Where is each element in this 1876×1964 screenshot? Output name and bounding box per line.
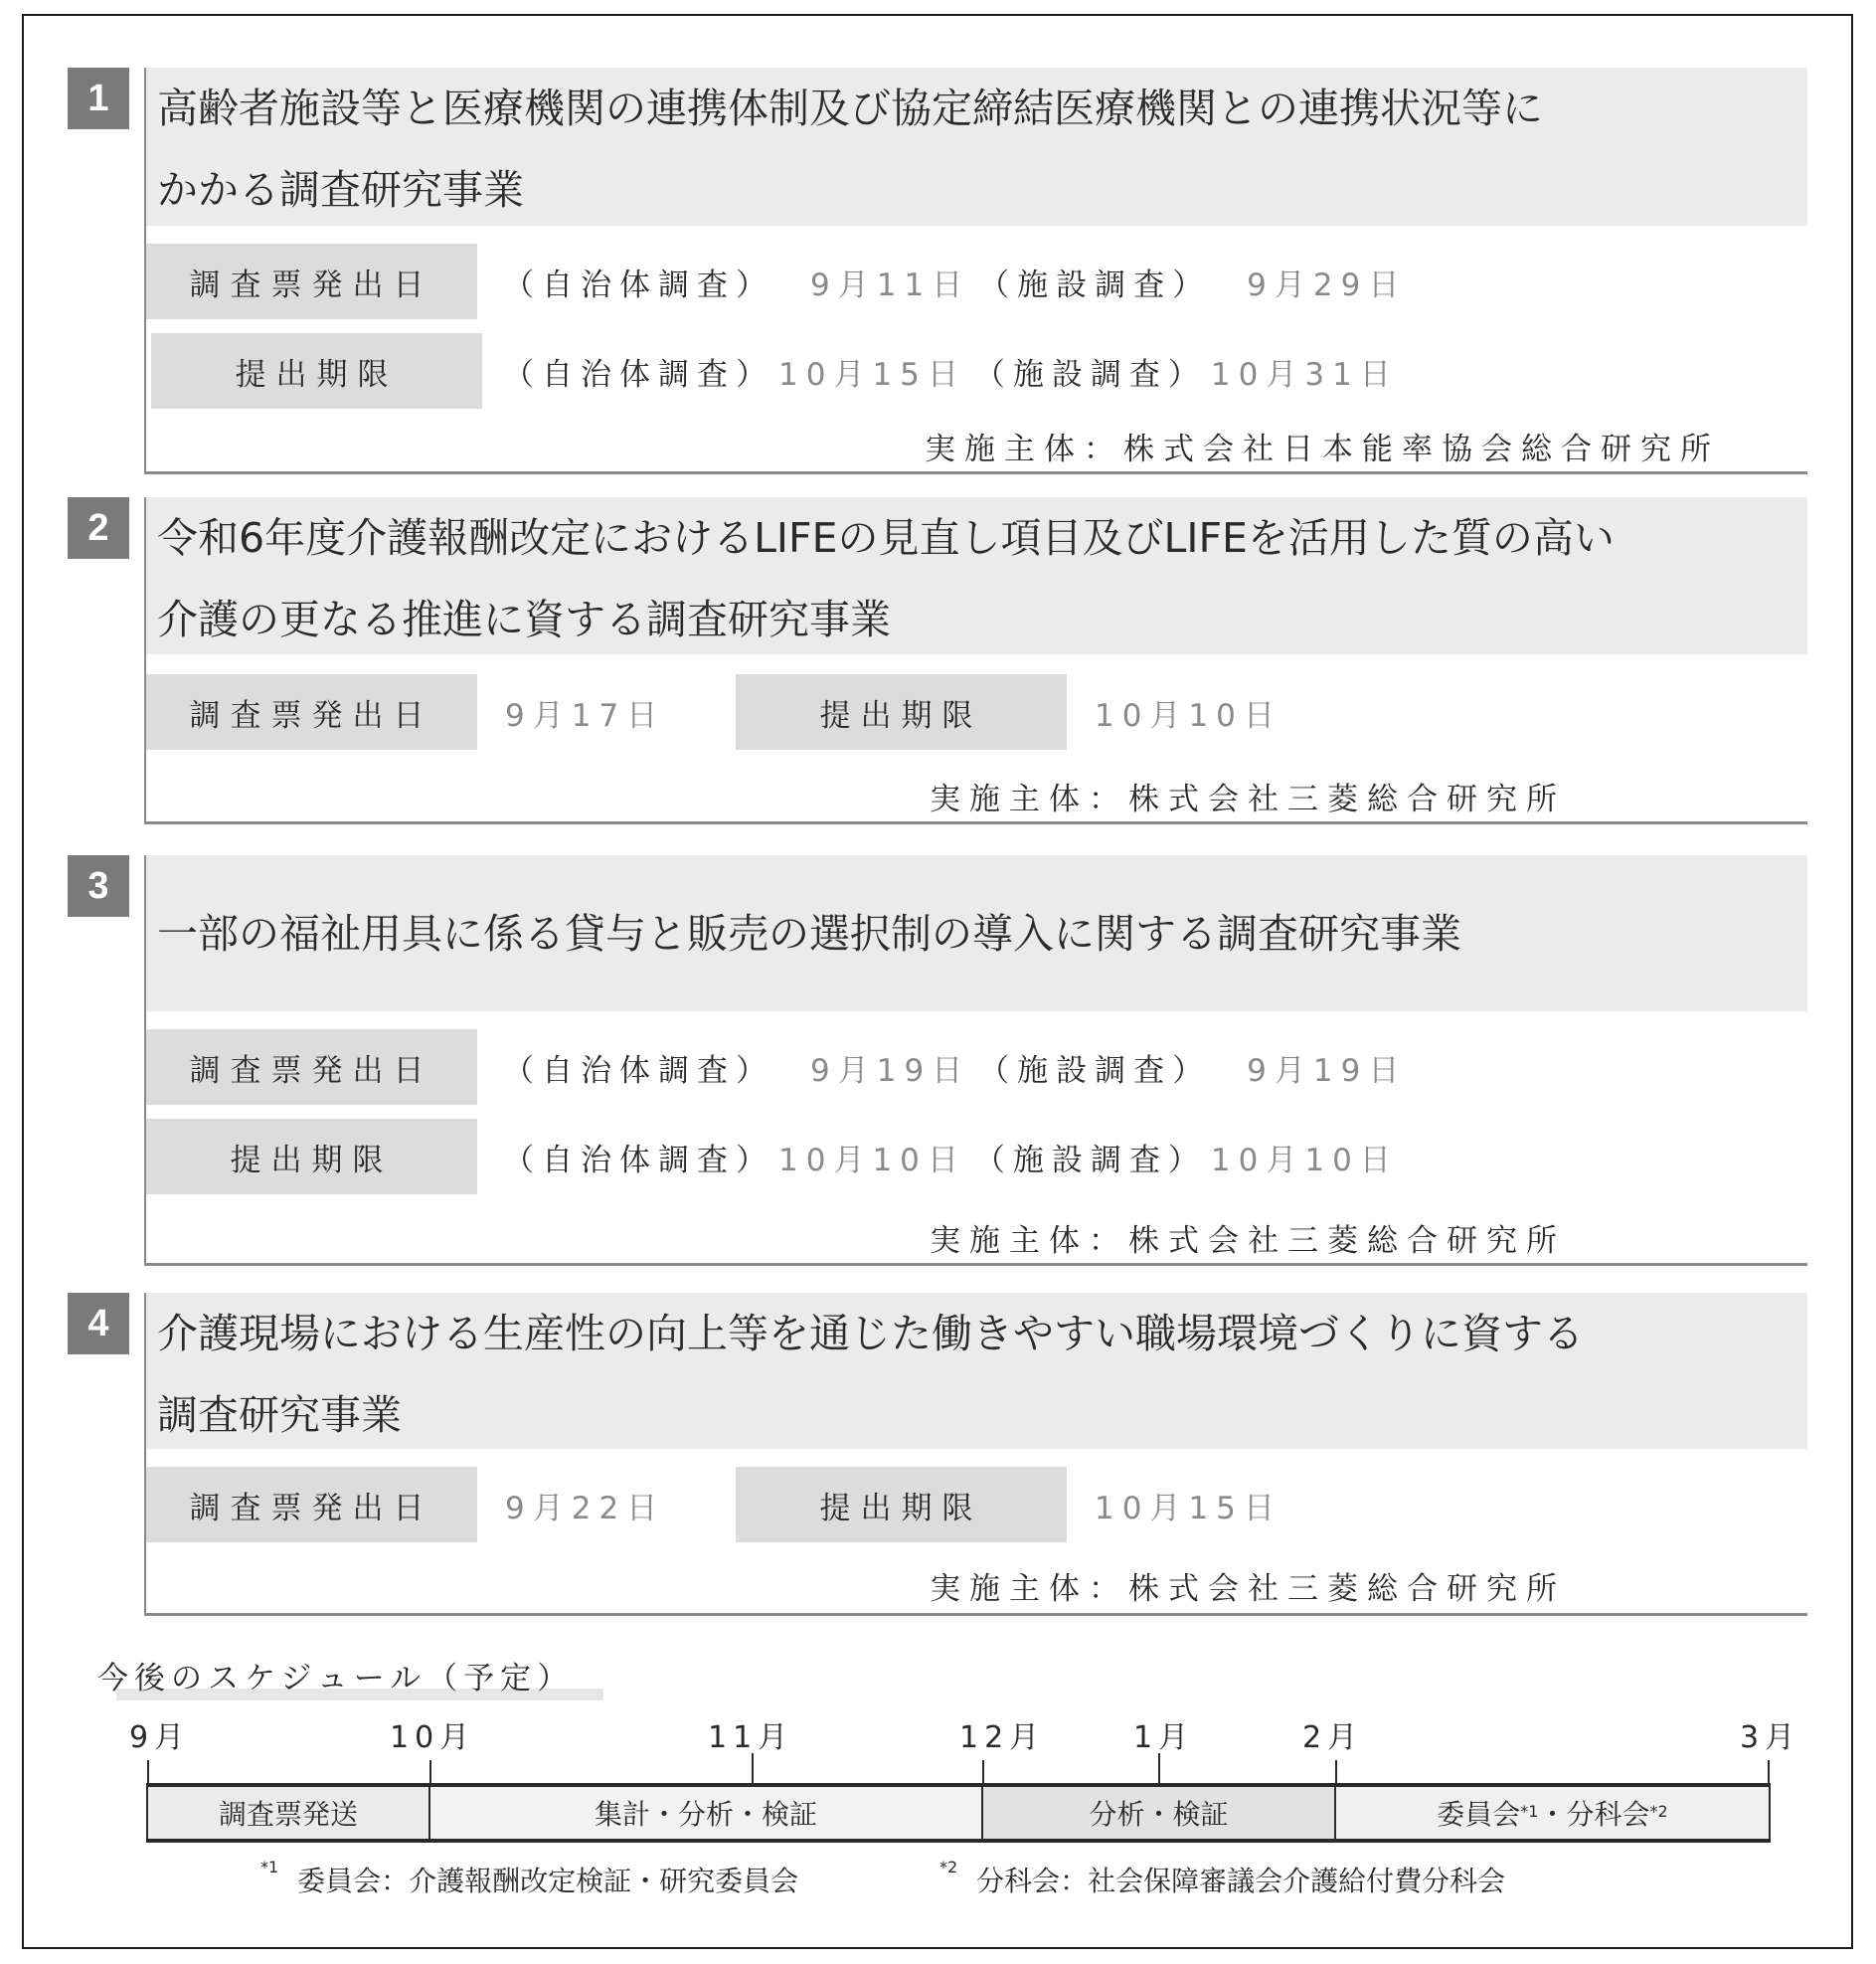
- issue-date-row: （自治体調査） 9月11日 （施設調査） 9月29日: [503, 244, 1407, 319]
- facility-survey-label: （施設調査）: [974, 1135, 1207, 1179]
- month-label-feb: 2月: [1302, 1712, 1363, 1756]
- project-title: 介護現場における生産性の向上等を通じた働きやすい職場環境づくりに資する 調査研究…: [157, 1293, 1748, 1456]
- municipal-survey-date: 10月15日: [778, 349, 966, 394]
- deadline-row: （自治体調査） 10月15日 （施設調査） 10月31日: [503, 333, 1399, 409]
- municipal-survey-date: 9月19日: [810, 1045, 970, 1090]
- project-4: 4 介護現場における生産性の向上等を通じた働きやすい職場環境づくりに資する 調査…: [68, 1293, 1807, 1621]
- bar-divider: [981, 1783, 983, 1843]
- issue-date-row: （自治体調査） 9月19日 （施設調査） 9月19日: [503, 1029, 1407, 1105]
- issue-date-value: 9月22日: [505, 1467, 665, 1542]
- project-number-badge: 4: [68, 1293, 129, 1354]
- municipal-survey-label: （自治体調査）: [503, 1135, 774, 1179]
- bar-divider: [428, 1783, 430, 1843]
- issue-date-label: 調査票発出日: [146, 1029, 477, 1105]
- project-title: 一部の福祉用具に係る貸与と販売の選択制の導入に関する調査研究事業: [157, 893, 1748, 975]
- deadline-label: 提出期限: [736, 674, 1067, 750]
- month-label-mar: 3月: [1740, 1712, 1800, 1756]
- phase-committee: 委員会*1・分科会*2: [1335, 1783, 1770, 1843]
- bar-divider: [1769, 1783, 1771, 1843]
- project-number-badge: 3: [68, 855, 129, 917]
- deadline-label: 提出期限: [736, 1467, 1067, 1542]
- facility-survey-label: （施設調査）: [978, 260, 1211, 304]
- deadline-value: 10月15日: [1095, 1467, 1282, 1542]
- project-3: 3 一部の福祉用具に係る貸与と販売の選択制の導入に関する調査研究事業 調査票発出…: [68, 855, 1807, 1268]
- project-title: 令和6年度介護報酬改定におけるLIFEの見直し項目及びLIFEを活用した質の高い…: [157, 497, 1748, 660]
- issue-date-value: 9月17日: [505, 674, 665, 750]
- municipal-survey-label: （自治体調査）: [503, 1045, 774, 1090]
- facility-survey-date: 9月19日: [1247, 1045, 1407, 1090]
- section-bottom-rule: [144, 471, 1807, 474]
- facility-survey-label: （施設調査）: [978, 1045, 1211, 1090]
- facility-survey-date: 10月31日: [1211, 349, 1399, 394]
- project-title: 高齢者施設等と医療機関の連携体制及び協定締結医療機関との連携状況等に かかる調査…: [157, 68, 1748, 231]
- schedule-title: 今後のスケジュール（予定）: [97, 1653, 574, 1697]
- bar-divider: [146, 1783, 148, 1843]
- deadline-row: （自治体調査） 10月10日 （施設調査） 10月10日: [503, 1119, 1399, 1194]
- phase-survey-dispatch: 調査票発送: [147, 1783, 429, 1843]
- bar-divider: [1334, 1783, 1336, 1843]
- municipal-survey-label: （自治体調査）: [503, 349, 774, 394]
- month-label-dec: 12月: [959, 1712, 1045, 1756]
- footnote-2: *2 分科会：社会保障審議会介護給付費分科会: [939, 1860, 1505, 1899]
- project-2: 2 令和6年度介護報酬改定におけるLIFEの見直し項目及びLIFEを活用した質の…: [68, 497, 1807, 825]
- section-bottom-rule: [144, 1613, 1807, 1616]
- project-1: 1 高齢者施設等と医療機関の連携体制及び協定締結医療機関との連携状況等に かかる…: [68, 68, 1807, 477]
- issue-date-label: 調査票発出日: [146, 1467, 477, 1542]
- facility-survey-date: 10月10日: [1211, 1135, 1399, 1179]
- deadline-value: 10月10日: [1095, 674, 1282, 750]
- deadline-label: 提出期限: [151, 333, 482, 409]
- implementing-organization: 実施主体：株式会社三菱総合研究所: [930, 774, 1566, 818]
- facility-survey-label: （施設調査）: [974, 349, 1207, 394]
- section-bottom-rule: [144, 821, 1807, 824]
- municipal-survey-date: 9月11日: [810, 260, 970, 304]
- issue-date-label: 調査票発出日: [146, 674, 477, 750]
- implementing-organization: 実施主体：株式会社日本能率協会総合研究所: [925, 424, 1720, 468]
- facility-survey-date: 9月29日: [1247, 260, 1407, 304]
- project-number-badge: 1: [68, 68, 129, 129]
- month-label-jan: 1月: [1133, 1712, 1194, 1756]
- municipal-survey-label: （自治体調査）: [503, 260, 774, 304]
- section-bottom-rule: [144, 1263, 1807, 1266]
- phase-analysis-verification: 分析・検証: [982, 1783, 1335, 1843]
- phase-aggregation-analysis: 集計・分析・検証: [429, 1783, 982, 1843]
- month-label-sep: 9月: [129, 1712, 190, 1756]
- issue-date-label: 調査票発出日: [146, 244, 477, 319]
- implementing-organization: 実施主体：株式会社三菱総合研究所: [930, 1215, 1566, 1260]
- project-number-badge: 2: [68, 497, 129, 559]
- footnote-1: *1 委員会：介護報酬改定検証・研究委員会: [260, 1860, 798, 1899]
- municipal-survey-date: 10月10日: [778, 1135, 966, 1179]
- deadline-label: 提出期限: [146, 1119, 477, 1194]
- month-label-nov: 11月: [708, 1712, 793, 1756]
- implementing-organization: 実施主体：株式会社三菱総合研究所: [930, 1563, 1566, 1608]
- month-label-oct: 10月: [390, 1712, 475, 1756]
